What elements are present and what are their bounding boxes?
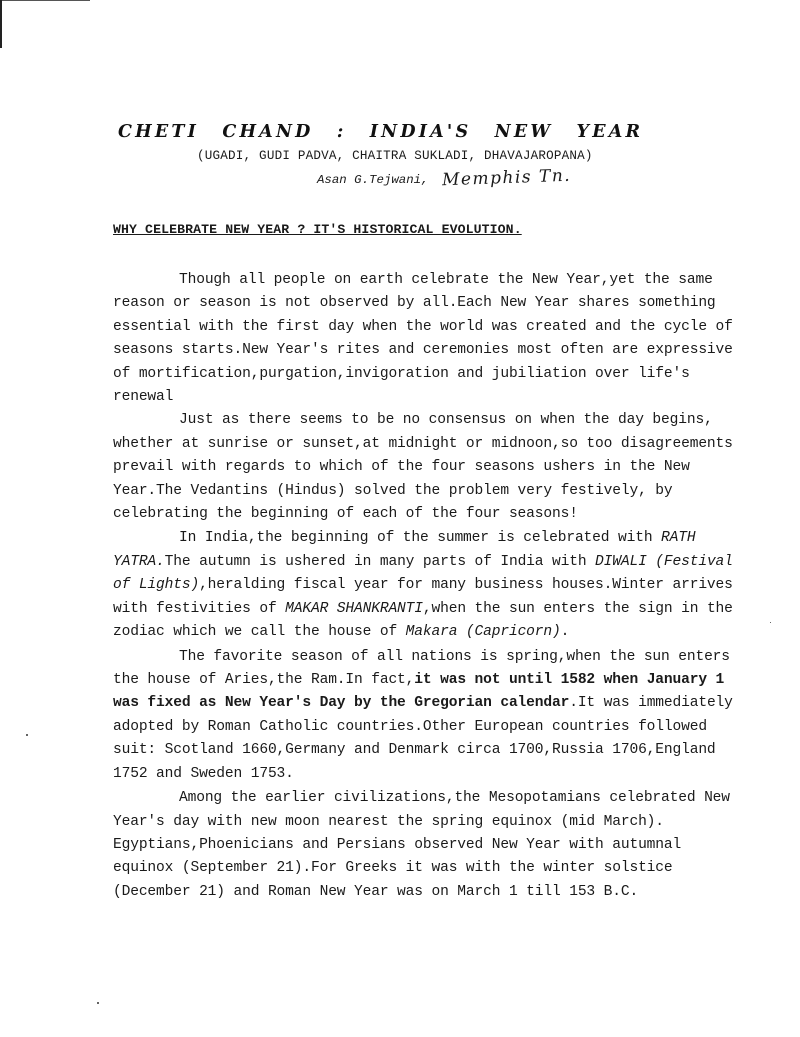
text-line: Egyptians,Phoenicians and Persians obser…: [113, 834, 733, 857]
section-heading: WHY CELEBRATE NEW YEAR ? IT'S HISTORICAL…: [113, 222, 522, 237]
text-line: Year's day with new moon nearest the spr…: [113, 811, 733, 834]
title-word: :: [337, 122, 347, 142]
text-line: was fixed as New Year's Day by the Grego…: [113, 692, 733, 715]
text-line: renewal: [113, 386, 733, 409]
paragraph-5: Among the earlier civilizations,the Meso…: [113, 787, 733, 904]
italic-term: YATRA.: [113, 554, 165, 570]
title-word: NEW: [495, 122, 554, 142]
author-name: Asan G.Tejwani,: [317, 173, 429, 187]
text-run: In India,the beginning of the summer is …: [179, 530, 661, 546]
text-line: seasons starts.New Year's rites and cere…: [113, 339, 733, 362]
text-line: The favorite season of all nations is sp…: [113, 646, 733, 669]
title-word: CHETI: [118, 122, 199, 142]
scan-speck: [97, 1002, 99, 1004]
text-run: .: [561, 624, 570, 640]
title-word: CHAND: [222, 122, 313, 142]
paragraph-2: Just as there seems to be no consensus o…: [113, 409, 733, 526]
paragraph-1: Though all people on earth celebrate the…: [113, 269, 733, 409]
italic-term: Makara (Capricorn): [406, 624, 561, 640]
document-subtitle: (UGADI, GUDI PADVA, CHAITRA SUKLADI, DHA…: [197, 149, 593, 163]
italic-term: RATH: [661, 530, 695, 546]
text-line: Among the earlier civilizations,the Meso…: [113, 787, 733, 810]
text-line: reason or season is not observed by all.…: [113, 292, 733, 315]
italic-term: MAKAR SHANKRANTI: [285, 601, 423, 617]
author-line: Asan G.Tejwani, Memphis Tn.: [317, 168, 571, 188]
text-line: Though all people on earth celebrate the…: [113, 269, 733, 292]
italic-term: DIWALI (Festival: [595, 554, 733, 570]
scan-border-top: [0, 0, 90, 1]
text-line: Just as there seems to be no consensus o…: [113, 409, 733, 432]
paragraph-4: The favorite season of all nations is sp…: [113, 646, 733, 786]
text-line: In India,the beginning of the summer is …: [113, 527, 733, 550]
text-line: zodiac which we call the house of Makara…: [113, 621, 733, 644]
scan-speck: [770, 622, 771, 623]
text-line: of mortification,purgation,invigoration …: [113, 363, 733, 386]
text-line: equinox (September 21).For Greeks it was…: [113, 857, 733, 880]
scan-speck: [26, 734, 28, 736]
document-body: Though all people on earth celebrate the…: [113, 269, 733, 904]
text-line: 1752 and Sweden 1753.: [113, 763, 733, 786]
text-line: of Lights),heralding fiscal year for man…: [113, 574, 733, 597]
text-run: .It was immediately: [569, 695, 733, 711]
scan-border-left: [0, 0, 2, 48]
text-run: ,heralding fiscal year for many business…: [199, 577, 733, 593]
text-line: prevail with regards to which of the fou…: [113, 456, 733, 479]
text-run: the house of Aries,the Ram.In fact,: [113, 672, 414, 688]
text-line: (December 21) and Roman New Year was on …: [113, 881, 733, 904]
text-line: the house of Aries,the Ram.In fact,it wa…: [113, 669, 733, 692]
paragraph-3: In India,the beginning of the summer is …: [113, 527, 733, 644]
handwritten-location: Memphis Tn.: [442, 166, 572, 190]
text-line: adopted by Roman Catholic countries.Othe…: [113, 716, 733, 739]
text-run: with festivities of: [113, 601, 285, 617]
title-word: INDIA'S: [370, 122, 472, 142]
text-line: essential with the first day when the wo…: [113, 316, 733, 339]
text-line: celebrating the beginning of each of the…: [113, 503, 733, 526]
text-run: ,when the sun enters the sign in the: [423, 601, 733, 617]
text-line: whether at sunrise or sunset,at midnight…: [113, 433, 733, 456]
bold-text: was fixed as New Year's Day by the Grego…: [113, 695, 569, 711]
text-run: The autumn is ushered in many parts of I…: [165, 554, 595, 570]
text-line: Year.The Vedantins (Hindus) solved the p…: [113, 480, 733, 503]
title-word: YEAR: [577, 122, 644, 142]
text-line: with festivities of MAKAR SHANKRANTI,whe…: [113, 598, 733, 621]
text-run: zodiac which we call the house of: [113, 624, 406, 640]
italic-term: of Lights): [113, 577, 199, 593]
text-line: suit: Scotland 1660,Germany and Denmark …: [113, 739, 733, 762]
bold-text: it was not until 1582 when January 1: [414, 672, 724, 688]
document-title: CHETI CHAND : INDIA'S NEW YEAR: [118, 122, 698, 142]
text-line: YATRA.The autumn is ushered in many part…: [113, 551, 733, 574]
